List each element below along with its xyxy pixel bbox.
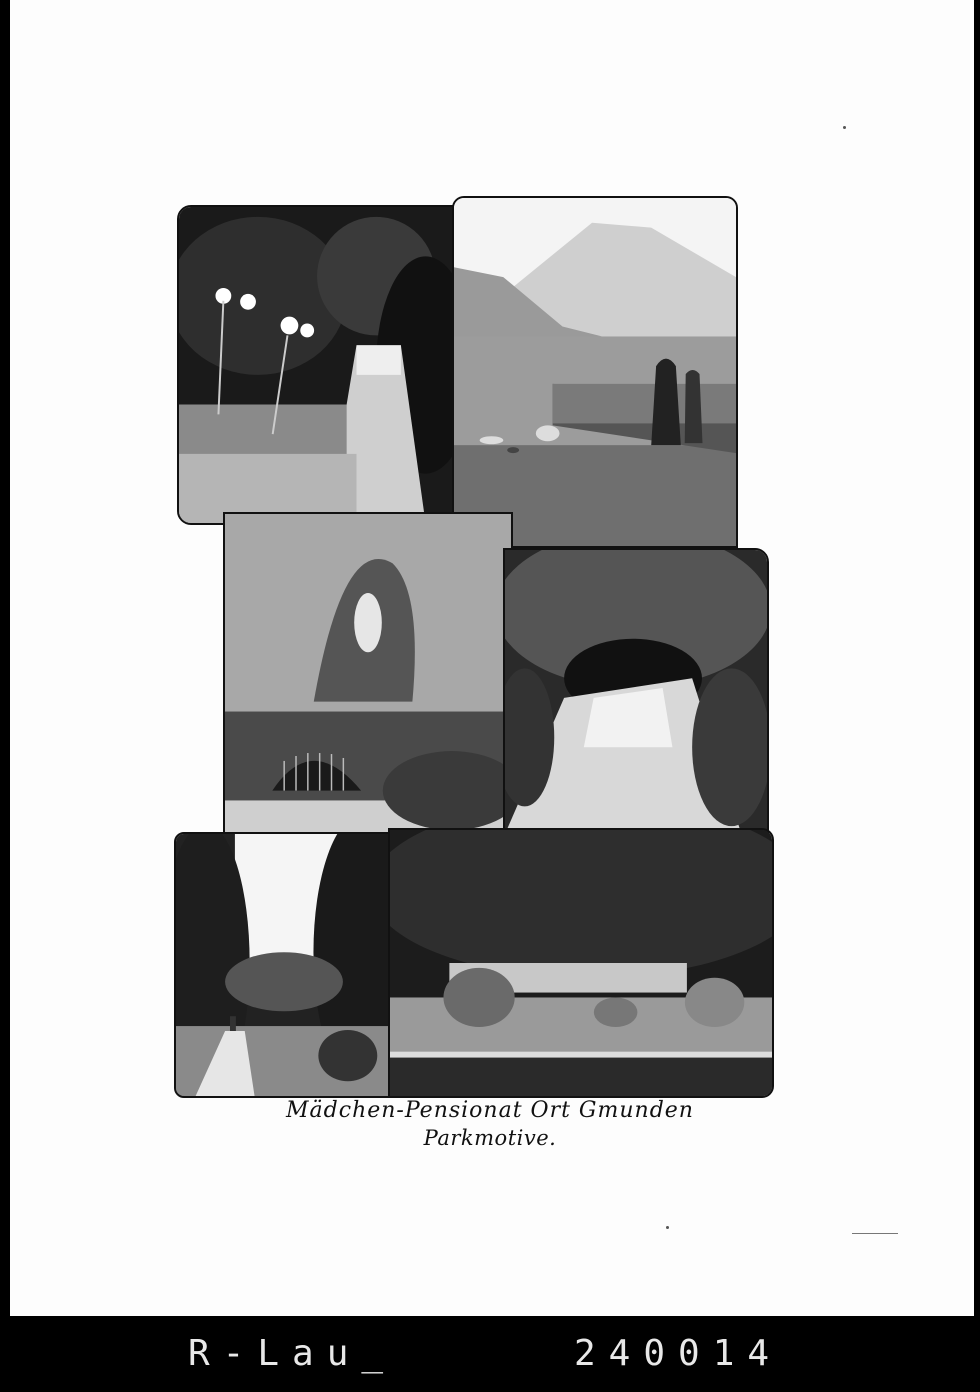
pencil-mark	[852, 1233, 898, 1234]
photo-grotto	[223, 512, 513, 838]
speck	[666, 1226, 669, 1229]
photo-path-with-lilies	[177, 205, 465, 525]
photo-park-walkway	[174, 832, 394, 1098]
speck	[843, 126, 846, 129]
scan-border-left	[0, 0, 10, 1392]
archive-number: 240014	[574, 1333, 782, 1374]
caption-title: Mädchen-Pensionat Ort Gmunden	[0, 1098, 980, 1123]
scan-border-right	[974, 0, 980, 1392]
caption-subtitle: Parkmotive.	[0, 1126, 980, 1150]
photo-tree-arch-path	[503, 548, 769, 836]
archive-strip	[0, 1316, 980, 1392]
photo-lake-with-swans	[452, 196, 738, 548]
photo-park-lawn	[388, 828, 774, 1098]
archive-prefix: R-Lau_	[188, 1333, 396, 1374]
